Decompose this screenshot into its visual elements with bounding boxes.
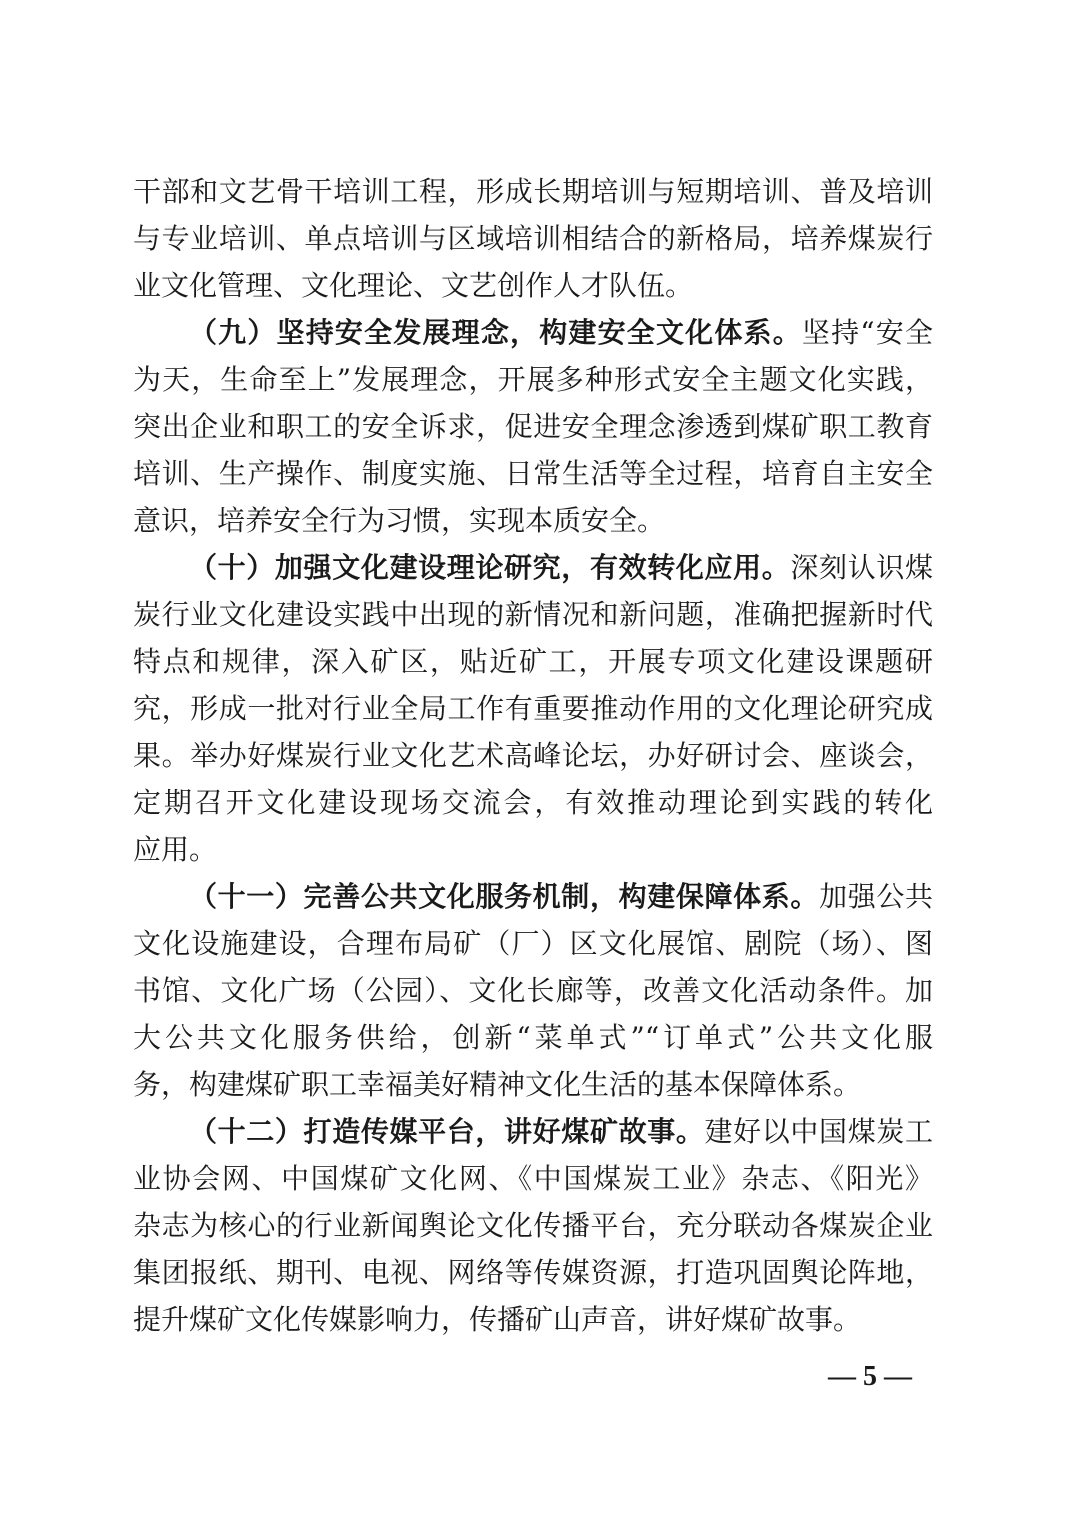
section-heading-10: （十）加强文化建设理论研究，有效转化应用。 xyxy=(189,551,790,584)
text-line: 应用。 xyxy=(133,826,933,873)
text-line: 特点和规律，深入矿区，贴近矿工，开展专项文化建设课题研 xyxy=(133,638,933,685)
text-line: 书馆、文化广场（公园）、文化长廊等，改善文化活动条件。加 xyxy=(133,967,933,1014)
text-line: 杂志为核心的行业新闻舆论文化传播平台，充分联动各煤炭企业 xyxy=(133,1202,933,1249)
text-span: 加强公共 xyxy=(819,880,933,913)
paragraph-public-culture: （十一）完善公共文化服务机制，构建保障体系。加强公共 文化设施建设，合理布局矿（… xyxy=(133,873,933,1108)
paragraph-safety-culture: （九）坚持安全发展理念，构建安全文化体系。坚持“安全 为天，生命至上”发展理念，… xyxy=(133,309,933,544)
text-line: 为天，生命至上”发展理念，开展多种形式安全主题文化实践， xyxy=(133,356,933,403)
text-line: 集团报纸、期刊、电视、网络等传媒资源，打造巩固舆论阵地， xyxy=(133,1249,933,1296)
text-line: （九）坚持安全发展理念，构建安全文化体系。坚持“安全 xyxy=(133,309,933,356)
text-line: 究，形成一批对行业全局工作有重要推动作用的文化理论研究成 xyxy=(133,685,933,732)
text-line: 与专业培训、单点培训与区域培训相结合的新格局，培养煤炭行 xyxy=(133,215,933,262)
text-line: 业文化管理、文化理论、文艺创作人才队伍。 xyxy=(133,262,933,309)
paragraph-media-platform: （十二）打造传媒平台，讲好煤矿故事。建好以中国煤炭工 业协会网、中国煤矿文化网、… xyxy=(133,1108,933,1343)
document-page: 干部和文艺骨干培训工程，形成长期培训与短期培训、普及培训 与专业培训、单点培训与… xyxy=(133,168,933,1343)
text-line: 干部和文艺骨干培训工程，形成长期培训与短期培训、普及培训 xyxy=(133,168,933,215)
page-number: — 5 — xyxy=(828,1361,912,1393)
text-line: 定期召开文化建设现场交流会，有效推动理论到实践的转化 xyxy=(133,779,933,826)
text-line: 业协会网、中国煤矿文化网、《中国煤炭工业》杂志、《阳光》 xyxy=(133,1155,933,1202)
text-line: 炭行业文化建设实践中出现的新情况和新问题，准确把握新时代 xyxy=(133,591,933,638)
text-line: （十一）完善公共文化服务机制，构建保障体系。加强公共 xyxy=(133,873,933,920)
text-line: 意识，培养安全行为习惯，实现本质安全。 xyxy=(133,497,933,544)
text-line: 突出企业和职工的安全诉求，促进安全理念渗透到煤矿职工教育 xyxy=(133,403,933,450)
paragraph-theory-research: （十）加强文化建设理论研究，有效转化应用。深刻认识煤 炭行业文化建设实践中出现的… xyxy=(133,544,933,873)
text-line: 文化设施建设，合理布局矿（厂）区文化展馆、剧院（场）、图 xyxy=(133,920,933,967)
text-span: 建好以中国煤炭工 xyxy=(705,1115,933,1148)
text-line: 大公共文化服务供给，创新“菜单式”“订单式”公共文化服 xyxy=(133,1014,933,1061)
text-line: 务，构建煤矿职工幸福美好精神文化生活的基本保障体系。 xyxy=(133,1061,933,1108)
text-line: 提升煤矿文化传媒影响力，传播矿山声音，讲好煤矿故事。 xyxy=(133,1296,933,1343)
section-heading-11: （十一）完善公共文化服务机制，构建保障体系。 xyxy=(189,880,819,913)
text-line: 培训、生产操作、制度实施、日常生活等全过程，培育自主安全 xyxy=(133,450,933,497)
text-line: （十）加强文化建设理论研究，有效转化应用。深刻认识煤 xyxy=(133,544,933,591)
text-span: 坚持“安全 xyxy=(802,316,933,349)
section-heading-12: （十二）打造传媒平台，讲好煤矿故事。 xyxy=(189,1115,705,1148)
text-line: （十二）打造传媒平台，讲好煤矿故事。建好以中国煤炭工 xyxy=(133,1108,933,1155)
text-line: 果。举办好煤炭行业文化艺术高峰论坛，办好研讨会、座谈会， xyxy=(133,732,933,779)
section-heading-9: （九）坚持安全发展理念，构建安全文化体系。 xyxy=(189,316,802,349)
text-span: 深刻认识煤 xyxy=(790,551,933,584)
paragraph-training: 干部和文艺骨干培训工程，形成长期培训与短期培训、普及培训 与专业培训、单点培训与… xyxy=(133,168,933,309)
